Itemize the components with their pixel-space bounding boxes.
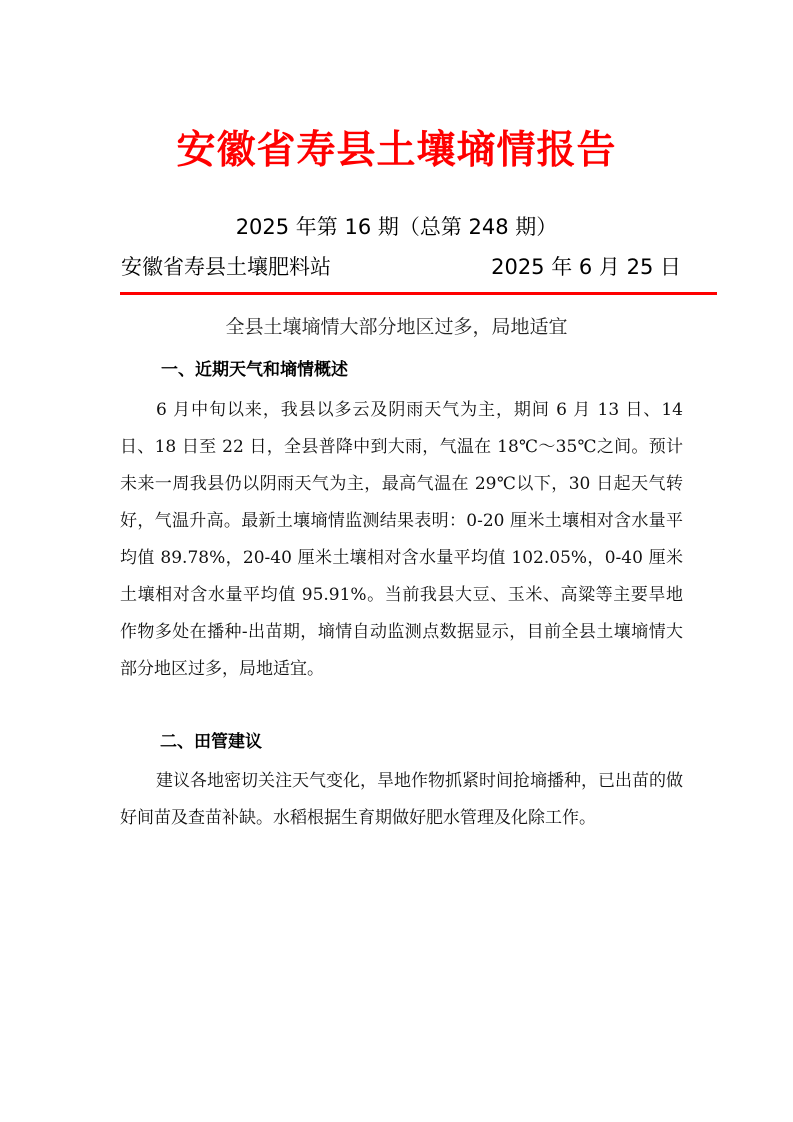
section-paragraph-weather: 6 月中旬以来，我县以多云及阴雨天气为主，期间 6 月 13 日、14 日、18… bbox=[120, 392, 683, 688]
report-subtitle: 全县土壤墒情大部分地区过多，局地适宜 bbox=[0, 313, 793, 341]
section-paragraph-advice: 建议各地密切关注天气变化，旱地作物抓紧时间抢墒播种，已出苗的做好间苗及查苗补缺。… bbox=[120, 763, 683, 837]
document-page: 安徽省寿县土壤墒情报告 2025 年第 16 期（总第 248 期） 安徽省寿县… bbox=[0, 0, 793, 1122]
issue-date: 2025 年 6 月 25 日 bbox=[491, 252, 681, 282]
section-heading-advice: 二、田管建议 bbox=[160, 729, 262, 755]
report-title: 安徽省寿县土壤墒情报告 bbox=[0, 126, 793, 176]
section-heading-weather: 一、近期天气和墒情概述 bbox=[161, 357, 348, 383]
red-divider bbox=[120, 292, 717, 295]
header-info-row: 安徽省寿县土壤肥料站 2025 年 6 月 25 日 bbox=[121, 252, 681, 284]
issue-number: 2025 年第 16 期（总第 248 期） bbox=[0, 212, 793, 242]
issuing-organization: 安徽省寿县土壤肥料站 bbox=[121, 252, 331, 282]
